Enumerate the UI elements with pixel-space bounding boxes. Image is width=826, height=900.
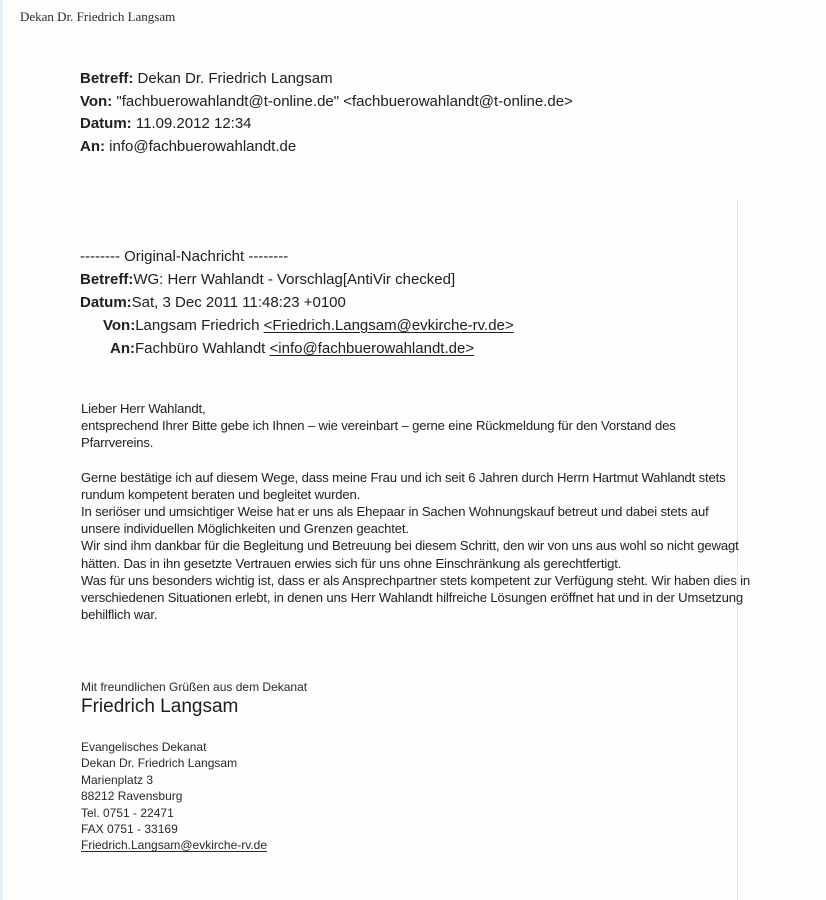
outer-email-headers: Betreff: Dekan Dr. Friedrich Langsam Von… [80,68,573,158]
body-line: Gerne bestätige ich auf diesem Wege, das… [81,469,751,503]
orig-to-row: An:Fachbüro Wahlandt <info@fachbuerowahl… [80,337,514,360]
address-block: Evangelisches Dekanat Dekan Dr. Friedric… [81,739,267,854]
body-line: In seriöser und umsichtiger Weise hat er… [81,503,751,537]
orig-subject-row: Betreff:WG: Herr Wahlandt - Vorschlag[An… [80,268,514,291]
address-tel: Tel. 0751 - 22471 [81,805,267,821]
intro-paragraph: entsprechend Ihrer Bitte gebe ich Ihnen … [81,417,751,451]
outer-from-row: Von: "fachbuerowahlandt@t-online.de" <fa… [80,91,573,114]
orig-date-row: Datum:Sat, 3 Dec 2011 11:48:23 +0100 [80,291,514,314]
address-name: Dekan Dr. Friedrich Langsam [81,755,267,771]
outer-date-row: Datum: 11.09.2012 12:34 [80,113,573,136]
address-org: Evangelisches Dekanat [81,739,267,755]
orig-from-row: Von:Langsam Friedrich <Friedrich.Langsam… [80,314,514,337]
orig-from-email-link[interactable]: <Friedrich.Langsam@evkirche-rv.de> [264,317,514,334]
address-street: Marienplatz 3 [81,772,267,788]
outer-from: "fachbuerowahlandt@t-online.de" <fachbue… [116,93,572,110]
outer-subject-row: Betreff: Dekan Dr. Friedrich Langsam [80,68,573,91]
address-fax: FAX 0751 - 33169 [81,821,267,837]
outer-to-row: An: info@fachbuerowahlandt.de [80,136,573,159]
address-email-link[interactable]: Friedrich.Langsam@evkirche-rv.de [81,837,267,853]
closing: Mit freundlichen Grüßen aus dem Dekanat [81,680,307,694]
body-line: Was für uns besonders wichtig ist, dass … [81,572,751,624]
signature: Friedrich Langsam [81,696,238,718]
orig-to-label: An: [110,340,135,357]
letter-body: Lieber Herr Wahlandt, entsprechend Ihrer… [81,400,751,623]
orig-subject: WG: Herr Wahlandt - Vorschlag[AntiVir ch… [133,271,455,288]
orig-from-label: Von: [103,317,135,334]
outer-date-label: Datum: [80,115,132,132]
outer-from-label: Von: [80,93,112,110]
body-line: Wir sind ihm dankbar für die Begleitung … [81,537,751,571]
page-edge [0,0,3,900]
outer-date: 11.09.2012 12:34 [136,115,252,132]
orig-from-name: Langsam Friedrich [135,317,263,334]
orig-subject-label: Betreff: [80,271,133,288]
outer-subject-label: Betreff: [80,70,133,87]
original-message-headers: -------- Original-Nachricht -------- Bet… [80,245,514,360]
orig-to-email-link[interactable]: <info@fachbuerowahlandt.de> [270,340,475,357]
outer-subject: Dekan Dr. Friedrich Langsam [138,70,333,87]
original-message-separator: -------- Original-Nachricht -------- [80,245,514,268]
salutation: Lieber Herr Wahlandt, [81,400,751,417]
outer-to: info@fachbuerowahlandt.de [109,138,296,155]
orig-date-label: Datum: [80,294,132,311]
outer-to-label: An: [80,138,105,155]
orig-to-name: Fachbüro Wahlandt [135,340,270,357]
address-city: 88212 Ravensburg [81,788,267,804]
page-header: Dekan Dr. Friedrich Langsam [20,9,175,25]
orig-date: Sat, 3 Dec 2011 11:48:23 +0100 [132,294,346,311]
